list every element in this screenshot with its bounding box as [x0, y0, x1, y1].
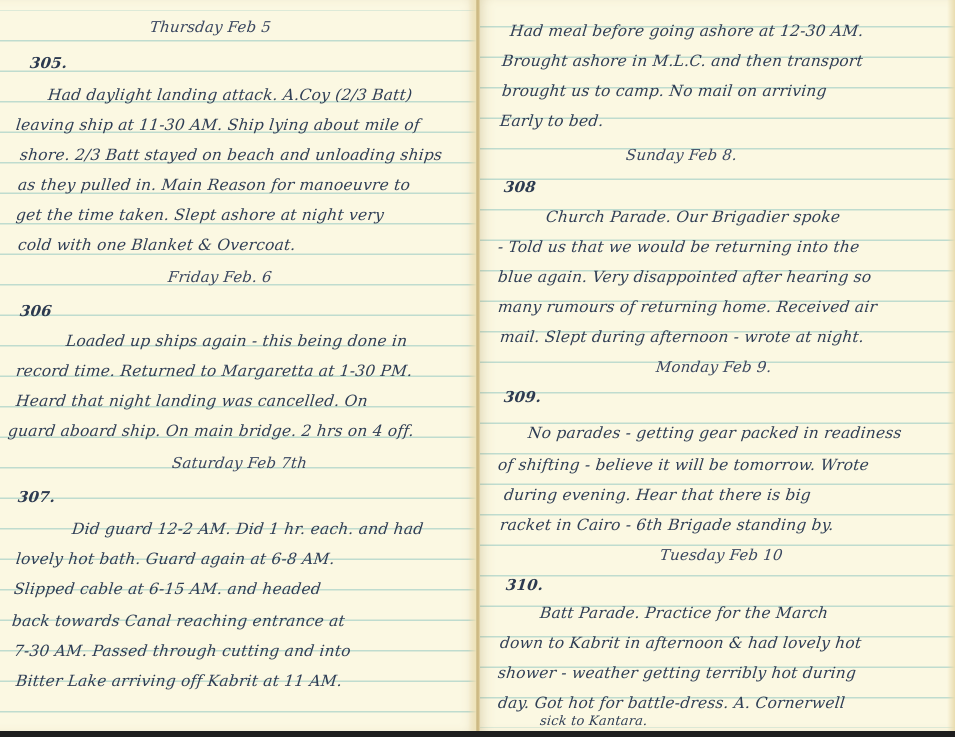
left-page: Thursday Feb 5 305. Had daylight landing… [0, 0, 478, 731]
entry-text-line: record time. Returned to Margaretta at 1… [15, 362, 413, 380]
entry-text-line: of shifting - believe it will be tomorro… [497, 456, 870, 474]
entry-text-line: Had meal before going ashore at 12-30 AM… [509, 22, 864, 40]
entry-text-line: Brought ashore in M.L.C. and then transp… [501, 52, 864, 70]
entry-date-heading: Saturday Feb 7th [171, 454, 308, 472]
entry-text-line: get the time taken. Slept ashore at nigh… [15, 206, 385, 224]
entry-text-line: day. Got hot for battle-dress. A. Corner… [497, 694, 846, 712]
entry-text-line: shower - weather getting terribly hot du… [497, 664, 857, 682]
entry-number: 308 [503, 178, 537, 196]
entry-text-line: as they pulled in. Main Reason for manoe… [17, 176, 411, 194]
diary-spread: Thursday Feb 5 305. Had daylight landing… [0, 0, 955, 731]
entry-text-line: brought us to camp. No mail on arriving [501, 82, 828, 100]
entry-text-line: - Told us that we would be returning int… [497, 238, 860, 256]
entry-text-line: many rumours of returning home. Received… [497, 298, 878, 316]
entry-text-line: Did guard 12-2 AM. Did 1 hr. each. and h… [71, 520, 424, 538]
right-page: Had meal before going ashore at 12-30 AM… [478, 0, 955, 731]
entry-text-line: Loaded up ships again - this being done … [65, 332, 408, 350]
entry-text-line: Bitter Lake arriving off Kabrit at 11 AM… [15, 672, 343, 690]
entry-text-line: back towards Canal reaching entrance at [11, 612, 346, 630]
entry-date-heading: Friday Feb. 6 [167, 268, 273, 286]
entry-date-heading: Tuesday Feb 10 [659, 546, 784, 564]
entry-number: 305. [29, 54, 68, 72]
entry-text-line: blue again. Very disappointed after hear… [497, 268, 872, 286]
entry-number: 306 [19, 302, 53, 320]
entry-text-line: No parades - getting gear packed in read… [527, 424, 903, 442]
entry-number: 307. [17, 488, 56, 506]
entry-text-line: shore. 2/3 Batt stayed on beach and unlo… [19, 146, 443, 164]
entry-text-line: 7-30 AM. Passed through cutting and into [13, 642, 352, 660]
entry-text-line: down to Kabrit in afternoon & had lovely… [499, 634, 862, 652]
entry-number: 309. [503, 388, 542, 406]
entry-text-line: sick to Kantara. [539, 714, 648, 729]
entry-text-line: Batt Parade. Practice for the March [539, 604, 829, 622]
entry-text-line: Slipped cable at 6-15 AM. and headed [13, 580, 322, 598]
entry-date-heading: Monday Feb 9. [655, 358, 772, 376]
entry-text-line: Church Parade. Our Brigadier spoke [545, 208, 841, 226]
entry-text-line: leaving ship at 11-30 AM. Ship lying abo… [15, 116, 421, 134]
entry-text-line: Had daylight landing attack. A.Coy (2/3 … [47, 86, 413, 104]
entry-date-heading: Thursday Feb 5 [149, 18, 272, 36]
entry-text-line: racket in Cairo - 6th Brigade standing b… [499, 516, 835, 534]
scan-border [0, 731, 955, 737]
page-edge [947, 0, 955, 731]
entry-text-line: Heard that night landing was cancelled. … [15, 392, 369, 410]
entry-text-line: lovely hot bath. Guard again at 6-8 AM. [15, 550, 336, 568]
entry-date-heading: Sunday Feb 8. [625, 146, 738, 164]
entry-number: 310. [505, 576, 544, 594]
entry-text-line: guard aboard ship. On main bridge. 2 hrs… [7, 422, 415, 440]
book-spine-gutter [476, 0, 480, 731]
entry-text-line: Early to bed. [499, 112, 605, 130]
entry-text-line: cold with one Blanket & Overcoat. [17, 236, 297, 254]
entry-text-line: during evening. Hear that there is big [503, 486, 812, 504]
entry-text-line: mail. Slept during afternoon - wrote at … [499, 328, 865, 346]
